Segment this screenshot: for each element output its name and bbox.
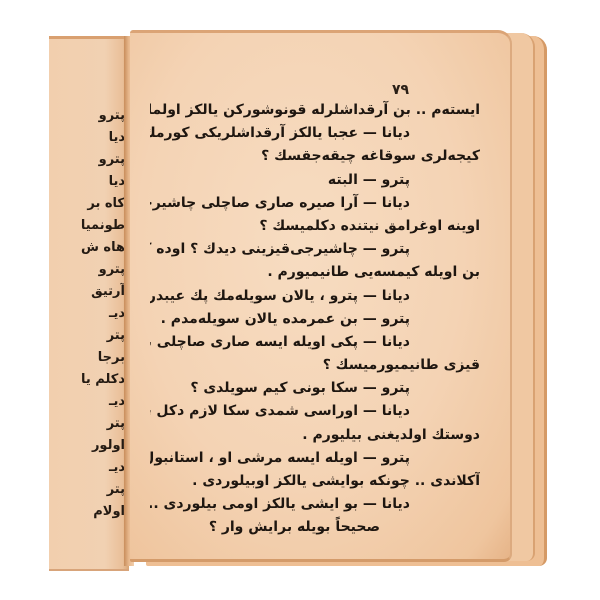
text-line: دیانا — بو ایشی یالکز اومی بیلوردی .. دی…	[150, 493, 480, 516]
text-line: دیانا — عجبا یالکز آرقداشلریکی کورمك ایچ…	[150, 122, 480, 145]
text-line: بن اویله کیمسه‌یی طانیمیورم .	[150, 261, 480, 284]
left-text-fragment: پترو	[81, 259, 125, 281]
left-page-text: پترودیاپترودیاکاه برطونمیاهاه شپتروآرتیق…	[81, 105, 125, 523]
text-line: قیزی طانیمیورمیسك ؟	[150, 354, 480, 377]
text-line: دیانا — آرا صیره صاری صاچلی چاشیرجی‌قیزی…	[150, 192, 480, 215]
text-line: پترو — سکا بونی کیم سویلدی ؟	[150, 377, 480, 400]
left-text-fragment: دیـ	[81, 457, 125, 479]
text-line: ایسته‌م .. بن آرقداشلرله قونوشورکن یالکز…	[150, 99, 480, 122]
text-line: پترو — اویله ایسه مرشی او ، استانبول چاب…	[150, 447, 480, 470]
text-line: پترو — بن عمرمده یالان سویله‌مدم .	[150, 308, 480, 331]
page-number: ٧٩	[392, 82, 409, 98]
left-text-fragment: پترو	[81, 149, 125, 171]
left-text-fragment: طونمیا	[81, 215, 125, 237]
left-text-fragment: اولور	[81, 435, 125, 457]
left-text-fragment: دیـ	[81, 391, 125, 413]
right-page-stack: ٧٩ ایسته‌م .. بن آرقداشلرله قونوشورکن یا…	[130, 30, 542, 568]
left-text-fragment: دیـ	[81, 303, 125, 325]
right-page: ٧٩ ایسته‌م .. بن آرقداشلرله قونوشورکن یا…	[130, 30, 512, 562]
text-line: اوینه اوغرامق نیتنده دکلمیسك ؟	[150, 215, 480, 238]
text-line: آکلاندی .. چونکه بوایشی یالکز اوبیلوردی …	[150, 470, 480, 493]
text-line: دوستك اولدیغنی بیلیورم .	[150, 424, 480, 447]
left-text-fragment: کاه بر	[81, 193, 125, 215]
text-line: دیانا — اوراسی شمدی سکا لازم دکل ، بویله…	[150, 400, 480, 423]
left-text-fragment: هاه ش	[81, 237, 125, 259]
left-page: پترودیاپترودیاکاه برطونمیاهاه شپتروآرتیق…	[49, 36, 129, 571]
text-line: دیانا — پترو ، یالان سویله‌مك پك عیبدر .	[150, 285, 480, 308]
left-text-fragment: اولام	[81, 501, 125, 523]
text-line: پترو — چاشیرجی‌قیزینی دیدك ؟ اوده کیم او…	[150, 238, 480, 261]
left-text-fragment: پتر	[81, 479, 125, 501]
left-text-fragment: دیا	[81, 127, 125, 149]
text-line: صحیحاً بویله برایش وار ؟	[150, 516, 480, 539]
left-text-fragment: آرتیق	[81, 281, 125, 303]
left-text-fragment: برجا	[81, 347, 125, 369]
left-text-fragment: دکلم یا	[81, 369, 125, 391]
text-line: پترو — البته	[150, 169, 480, 192]
left-text-fragment: پتر	[81, 413, 125, 435]
left-text-fragment: دیا	[81, 171, 125, 193]
right-page-text: ایسته‌م .. بن آرقداشلرله قونوشورکن یالکز…	[150, 99, 480, 540]
left-text-fragment: پتر	[81, 325, 125, 347]
left-text-fragment: پترو	[81, 105, 125, 127]
text-line: کیجه‌لری سوقاغه چیقه‌جقسك ؟	[150, 145, 480, 168]
text-line: دیانا — پکی اویله ایسه صاری صاچلی برچاشی…	[150, 331, 480, 354]
open-book-photo: پترودیاپترودیاکاه برطونمیاهاه شپتروآرتیق…	[0, 0, 600, 600]
